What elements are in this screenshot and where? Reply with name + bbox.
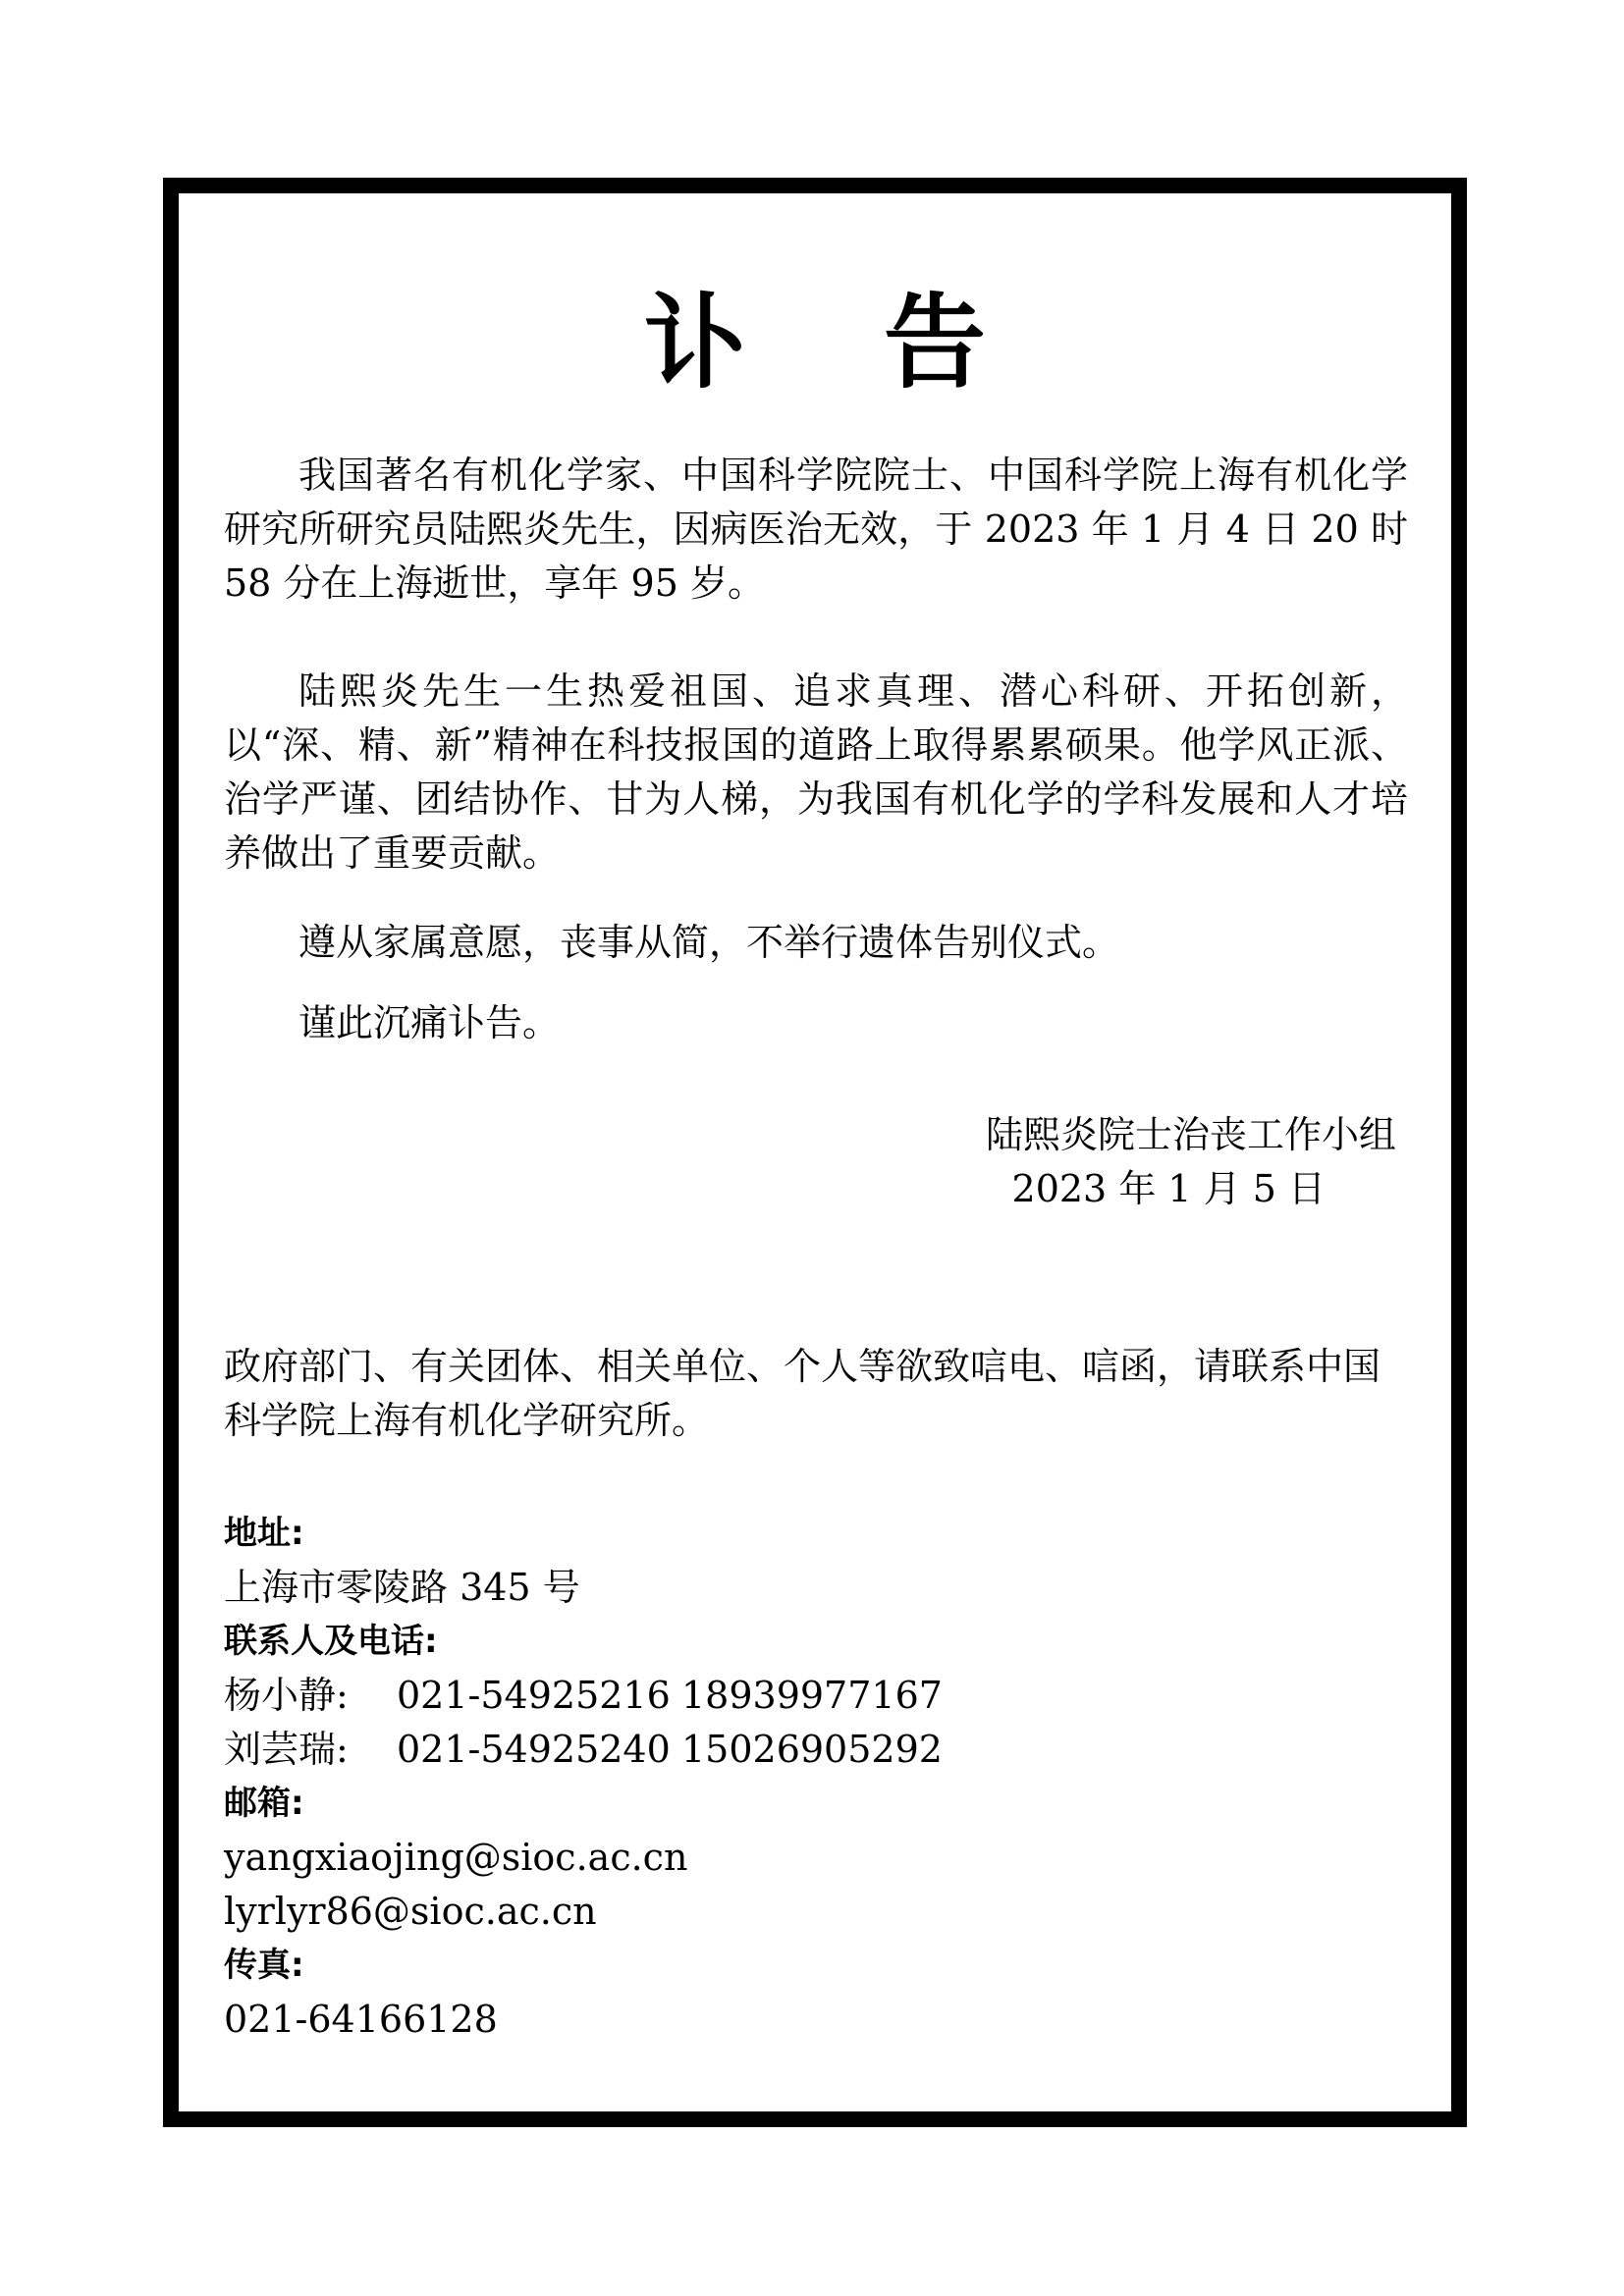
email-label: 邮箱: xyxy=(224,1777,943,1831)
contact-row: 杨小静: 021-54925216 18939977167 xyxy=(224,1669,943,1723)
contact-landline[interactable]: 021-54925240 xyxy=(397,1723,681,1777)
paragraph-tribute: 陆熙炎先生一生热爱祖国、追求真理、潜心科研、开拓创新，以“深、精、新”精神在科技… xyxy=(224,665,1408,881)
signature-block: 陆熙炎院士治丧工作小组 2023 年 1 月 5 日 xyxy=(925,1108,1396,1216)
paragraph-closing: 谨此沉痛讣告。 xyxy=(224,996,1408,1050)
title-char-2: 告 xyxy=(884,284,986,401)
contact-mobile[interactable]: 18939977167 xyxy=(681,1669,943,1723)
contact-name: 杨小静: xyxy=(224,1669,397,1723)
address-label: 地址: xyxy=(224,1507,943,1561)
signature-organization: 陆熙炎院士治丧工作小组 xyxy=(925,1108,1396,1162)
address-value: 上海市零陵路 345 号 xyxy=(224,1561,943,1615)
paragraph-funeral-arrangement: 遵从家属意愿，丧事从简，不举行遗体告别仪式。 xyxy=(224,916,1408,970)
fax-label: 传真: xyxy=(224,1939,943,1993)
contact-row: 刘芸瑞: 021-54925240 15026905292 xyxy=(224,1723,943,1777)
phone-label: 联系人及电话: xyxy=(224,1615,943,1669)
contact-landline[interactable]: 021-54925216 xyxy=(397,1669,681,1723)
contact-mobile[interactable]: 15026905292 xyxy=(681,1723,943,1777)
obituary-title: 讣告 xyxy=(179,284,1451,401)
contact-info: 地址: 上海市零陵路 345 号 联系人及电话: 杨小静: 021-549252… xyxy=(224,1507,943,2047)
signature-date: 2023 年 1 月 5 日 xyxy=(925,1162,1396,1216)
obituary-border-frame: 讣告 我国著名有机化学家、中国科学院院士、中国科学院上海有机化学研究所研究员陆熙… xyxy=(163,178,1467,2127)
email-link[interactable]: lyrlyr86@sioc.ac.cn xyxy=(224,1885,943,1939)
paragraph-announcement: 我国著名有机化学家、中国科学院院士、中国科学院上海有机化学研究所研究员陆熙炎先生… xyxy=(224,449,1408,611)
fax-value: 021-64166128 xyxy=(224,1993,943,2047)
contact-name: 刘芸瑞: xyxy=(224,1723,397,1777)
condolence-notice: 政府部门、有关团体、相关单位、个人等欲致唁电、唁函，请联系中国科学院上海有机化学… xyxy=(224,1340,1408,1448)
email-link[interactable]: yangxiaojing@sioc.ac.cn xyxy=(224,1831,943,1885)
title-char-1: 讣 xyxy=(644,284,746,401)
